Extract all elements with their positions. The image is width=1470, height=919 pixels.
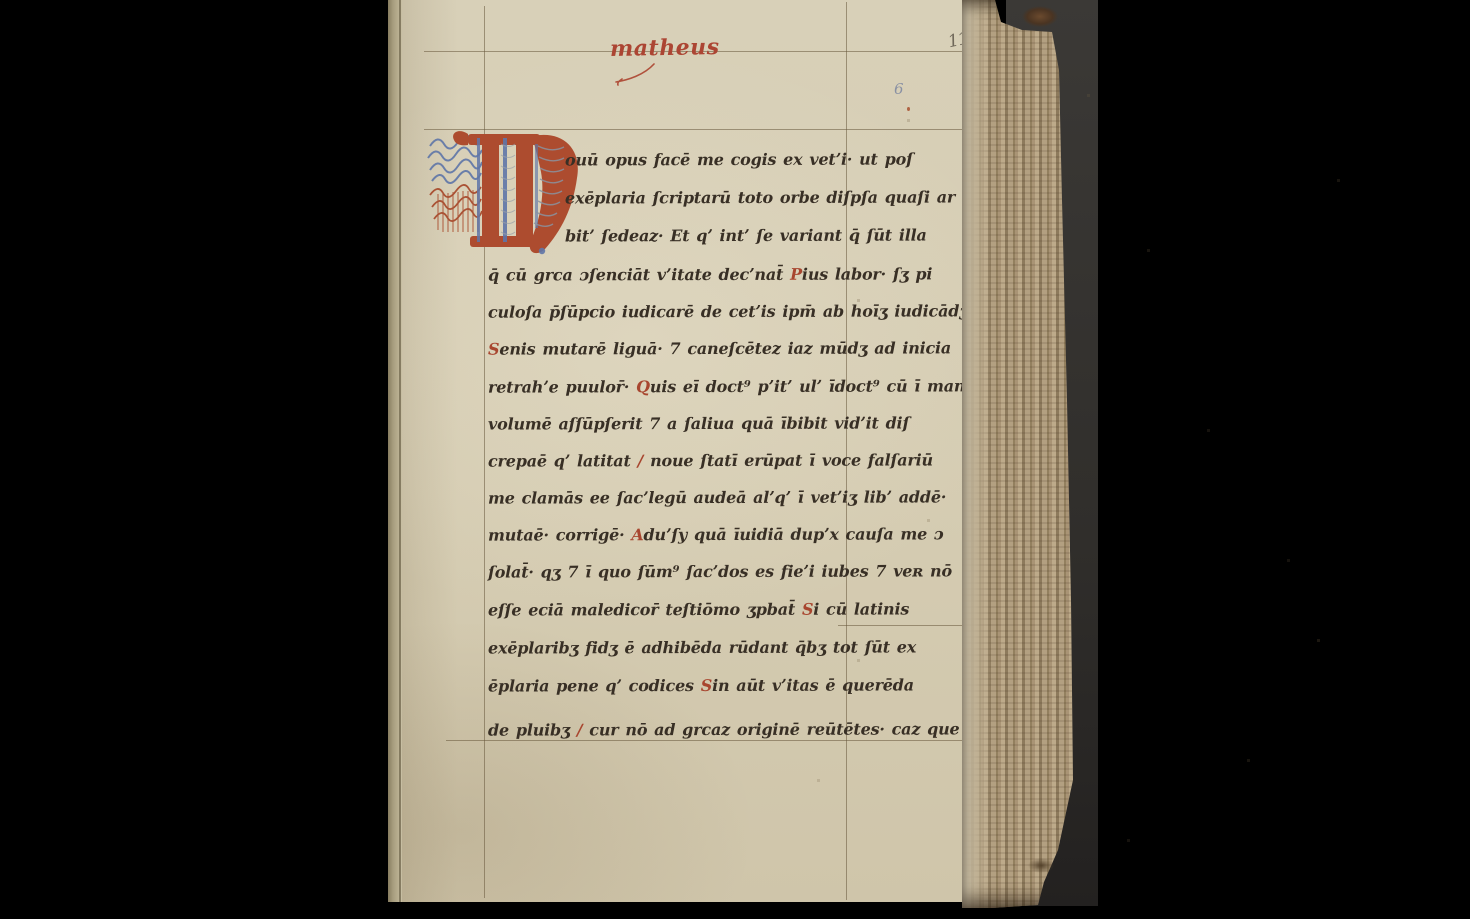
rubric-heading: matheus xyxy=(610,35,720,61)
binding-spot-top xyxy=(1022,6,1058,27)
manuscript-line: retrahʼe puulor̄· Quis eī doct⁹ pʼitʼ ul… xyxy=(488,376,972,397)
quire-mark: 6 xyxy=(894,80,904,98)
manuscript-line: ēplaria pene qʼ codices Sin aūt vʼitas ē… xyxy=(488,675,914,696)
parchment-speckles xyxy=(388,0,389,1)
rubricated-letter: Q xyxy=(636,377,650,396)
manuscript-line: exēplaria ſcriptarū toto orbe diſpſa qua… xyxy=(565,187,955,208)
rubricated-letter: P xyxy=(790,265,802,284)
manuscript-line: ouū opus facē me cogis ex vetʼi· ut poſ xyxy=(565,150,913,171)
rubricated-letter: S xyxy=(701,676,712,695)
manuscript-line: exēplaribʒ fidʒ ē adhibēda rūdant q̄bʒ t… xyxy=(488,637,916,658)
manuscript-page: matheus 11. 6 xyxy=(388,0,988,902)
manuscript-line: ſolat̄· qʒ 7 ī quo ſūm⁹ ſacʼdos es fieʼi… xyxy=(488,561,952,582)
manuscript-line: crepaē qʼ latitat / noue ſtatī erūpat ī … xyxy=(488,450,933,471)
rubricated-letter: S xyxy=(488,340,499,359)
manuscript-line: de pluibʒ / cur nō ad grcaz originē reūt… xyxy=(488,719,960,740)
rubricated-letter: A xyxy=(631,525,643,544)
manuscript-line: bitʼ ſedeaz· Et qʼ intʼ ſe variant q̄ ſū… xyxy=(565,226,927,247)
rubricated-letter: S xyxy=(802,600,813,619)
manuscript-line: me clamās ee ſacʼlegū audeā alʼqʼ ī vetʼ… xyxy=(488,487,946,508)
manuscript-line: mutaē· corrigē· Aduʼſy quā īuidiā dupʼx … xyxy=(488,524,944,545)
quire-mark-dot xyxy=(907,107,910,111)
page-left-crease xyxy=(399,0,401,902)
manuscript-line: eſſe eciā maledicor̄ teſtiōmo ʒpbat̄ Si … xyxy=(488,599,909,620)
manuscript-line: Senis mutarē liguā· 7 caneſcētez iaz mūd… xyxy=(488,338,951,359)
photo-backdrop: matheus 11. 6 xyxy=(0,0,1470,919)
manuscript-line: culoſa p̄ſūpcio iudicarē de cetʼis ipm̄ … xyxy=(488,301,968,322)
binding-spot-bottom xyxy=(1028,858,1054,873)
manuscript-line: q̄ cū grca ɔſenciāt vʼitate decʼnat̄ Piu… xyxy=(488,264,932,285)
rubric-flourish xyxy=(612,62,658,86)
manuscript-line: volumē aſſūpſerit 7 a ſaliua quā ībibit … xyxy=(488,413,909,434)
